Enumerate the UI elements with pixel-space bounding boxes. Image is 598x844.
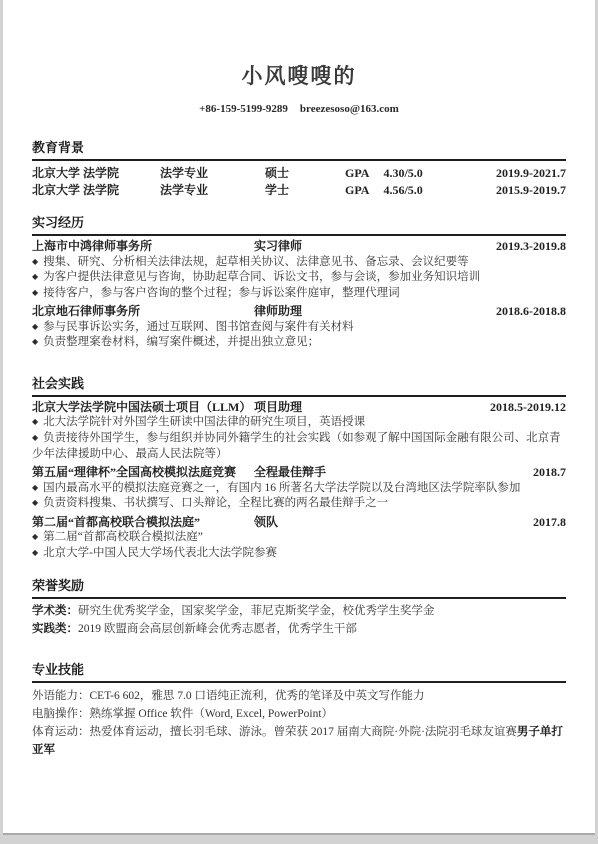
bullet-item: ◆负责接待外国学生，参与组织并协同外籍学生的社会实践（如参观了解中国国际金融有限…	[32, 431, 566, 462]
diamond-bullet-icon: ◆	[32, 322, 38, 331]
resume-page: 小风嗖嗖的 +86-159-5199-9289breezesoso@163.co…	[3, 0, 595, 835]
honors-text: 2019 欧盟商会高层创新峰会优秀志愿者，优秀学生干部	[78, 623, 357, 635]
degree-label: 学士	[265, 182, 345, 199]
bullet-text: 搜集、研究、分析相关法律法规，起草相关协议、法律意见书、备忘录、会议纪要等	[43, 256, 469, 268]
social-section-title: 社会实践	[32, 373, 566, 397]
bullet-text: 负责资料搜集、书状撰写、口头辩论，全程比赛的两名最佳辩手之一	[43, 497, 388, 509]
role-title: 律师助理	[254, 304, 454, 320]
major-name: 法学专业	[160, 165, 265, 182]
entry-date: 2019.3-2019.8	[454, 239, 566, 255]
social-entry: 北京大学法学院中国法硕士项目（LLM） 项目助理 2018.5-2019.12 …	[32, 400, 566, 462]
diamond-bullet-icon: ◆	[32, 288, 38, 297]
entry-date: 2018.5-2019.12	[454, 400, 566, 416]
diamond-bullet-icon: ◆	[32, 433, 38, 442]
skill-line: 电脑操作：熟练掌握 Office 软件（Word, Excel, PowerPo…	[32, 705, 566, 723]
entry-date: 2018.6-2018.8	[454, 304, 566, 320]
gpa-value: 4.56/5.0	[383, 183, 422, 197]
gpa-cell: GPA4.56/5.0	[345, 182, 496, 199]
degree-label: 硕士	[265, 165, 345, 182]
entry-header: 第五届“理律杯”全国高校模拟法庭竞赛 全程最佳辩手 2018.7	[32, 465, 566, 481]
bullet-text: 北大法学院针对外国学生研读中国法律的研究生项目，英语授课	[43, 416, 365, 428]
org-name: 上海市中鸿律师事务所	[32, 239, 254, 255]
role-title: 项目助理	[254, 400, 454, 416]
section-social-practice: 社会实践 北京大学法学院中国法硕士项目（LLM） 项目助理 2018.5-201…	[32, 373, 566, 562]
diamond-bullet-icon: ◆	[32, 272, 38, 281]
bullet-item: ◆负责整理案卷材料，编写案件概述，并提出独立意见；	[32, 335, 566, 351]
role-title: 全程最佳辩手	[254, 465, 454, 481]
skill-category-label: 体育运动：	[32, 726, 90, 738]
diamond-bullet-icon: ◆	[32, 257, 38, 266]
section-honors: 荣誉奖励 学术类：研究生优秀奖学金，国家奖学金，菲尼克斯奖学金，校优秀学生奖学金…	[32, 575, 566, 637]
bullet-text: 为客户提供法律意见与咨询，协助起草合同、诉讼文书，参与会谈，参加业务知识培训	[43, 271, 480, 283]
education-date: 2015.9-2019.7	[496, 182, 566, 199]
honors-section-title: 荣誉奖励	[32, 575, 566, 599]
bullet-item: ◆搜集、研究、分析相关法律法规，起草相关协议、法律意见书、备忘录、会议纪要等	[32, 255, 566, 271]
education-row: 北京大学 法学院 法学专业 学士 GPA4.56/5.0 2015.9-2019…	[32, 182, 566, 199]
bullet-text: 国内最高水平的模拟法庭竞赛之一，有国内 16 所著名大学法学院以及台湾地区法学院…	[43, 482, 520, 494]
bullet-text: 负责接待外国学生，参与组织并协同外籍学生的社会实践（如参观了解中国国际金融有限公…	[32, 432, 561, 460]
bullet-text: 接待客户，参与客户咨询的整个过程；参与诉讼案件庭审，整理代理词	[43, 287, 400, 299]
bullet-item: ◆参与民事诉讼实务，通过互联网、图书馆查阅与案件有关材料	[32, 320, 566, 336]
entry-header: 北京大学法学院中国法硕士项目（LLM） 项目助理 2018.5-2019.12	[32, 400, 566, 416]
education-date: 2019.9-2021.7	[496, 165, 566, 182]
entry-header: 上海市中鸿律师事务所 实习律师 2019.3-2019.8	[32, 239, 566, 255]
org-name: 北京地石律师事务所	[32, 304, 254, 320]
internship-section-title: 实习经历	[32, 212, 566, 236]
bullet-item: ◆国内最高水平的模拟法庭竞赛之一，有国内 16 所著名大学法学院以及台湾地区法学…	[32, 481, 566, 497]
honors-category-label: 学术类：	[32, 605, 78, 617]
bullet-item: ◆北京大学-中国人民大学场代表北大法学院参赛	[32, 546, 566, 562]
education-row: 北京大学 法学院 法学专业 硕士 GPA4.30/5.0 2019.9-2021…	[32, 165, 566, 182]
resume-name: 小风嗖嗖的	[32, 0, 566, 90]
bullet-text: 第二届“首都高校联合模拟法庭”	[43, 531, 203, 543]
bullet-text: 参与民事诉讼实务，通过互联网、图书馆查阅与案件有关材料	[43, 321, 354, 333]
role-title: 实习律师	[254, 239, 454, 255]
honors-text: 研究生优秀奖学金，国家奖学金，菲尼克斯奖学金，校优秀学生奖学金	[78, 605, 435, 617]
entry-header: 第二届“首都高校联合模拟法庭” 领队 2017.8	[32, 515, 566, 531]
bullet-item: ◆接待客户，参与客户咨询的整个过程；参与诉讼案件庭审，整理代理词	[32, 286, 566, 302]
bullet-item: ◆北大法学院针对外国学生研读中国法律的研究生项目，英语授课	[32, 415, 566, 431]
role-title: 领队	[254, 515, 454, 531]
honors-line: 学术类：研究生优秀奖学金，国家奖学金，菲尼克斯奖学金，校优秀学生奖学金	[32, 603, 566, 619]
diamond-bullet-icon: ◆	[32, 548, 38, 557]
skill-line: 体育运动：热爱体育运动，擅长羽毛球、游泳。曾荣获 2017 届南大商院·外院·法…	[32, 723, 566, 759]
resume-content: 小风嗖嗖的 +86-159-5199-9289breezesoso@163.co…	[3, 0, 595, 759]
skill-line: 外语能力：CET-6 602，雅思 7.0 口语纯正流利，优秀的笔译及中英文写作…	[32, 687, 566, 705]
social-entry: 第五届“理律杯”全国高校模拟法庭竞赛 全程最佳辩手 2018.7 ◆国内最高水平…	[32, 465, 566, 512]
gpa-label: GPA	[345, 166, 369, 180]
bullet-text: 负责整理案卷材料，编写案件概述，并提出独立意见；	[43, 336, 319, 348]
internship-entry: 上海市中鸿律师事务所 实习律师 2019.3-2019.8 ◆搜集、研究、分析相…	[32, 239, 566, 301]
skill-category-label: 电脑操作：	[32, 708, 90, 720]
school-name: 北京大学 法学院	[32, 165, 160, 182]
bullet-text: 北京大学-中国人民大学场代表北大法学院参赛	[43, 547, 277, 559]
diamond-bullet-icon: ◆	[32, 483, 38, 492]
gpa-cell: GPA4.30/5.0	[345, 165, 496, 182]
diamond-bullet-icon: ◆	[32, 337, 38, 346]
honors-lines: 学术类：研究生优秀奖学金，国家奖学金，菲尼克斯奖学金，校优秀学生奖学金 实践类：…	[32, 603, 566, 637]
bullet-item: ◆负责资料搜集、书状撰写、口头辩论，全程比赛的两名最佳辩手之一	[32, 496, 566, 512]
diamond-bullet-icon: ◆	[32, 417, 38, 426]
contact-line: +86-159-5199-9289breezesoso@163.com	[32, 103, 566, 115]
social-entry: 第二届“首都高校联合模拟法庭” 领队 2017.8 ◆第二届“首都高校联合模拟法…	[32, 515, 566, 562]
skill-text: 热爱体育运动，擅长羽毛球、游泳。曾荣获 2017 届南大商院·外院·法院羽毛球友…	[90, 726, 517, 738]
gpa-value: 4.30/5.0	[383, 166, 422, 180]
education-rows: 北京大学 法学院 法学专业 硕士 GPA4.30/5.0 2019.9-2021…	[32, 165, 566, 199]
section-skills: 专业技能 外语能力：CET-6 602，雅思 7.0 口语纯正流利，优秀的笔译及…	[32, 659, 566, 759]
skill-text: CET-6 602，雅思 7.0 口语纯正流利，优秀的笔译及中英文写作能力	[90, 690, 425, 702]
org-name: 第五届“理律杯”全国高校模拟法庭竞赛	[32, 465, 254, 481]
gpa-label: GPA	[345, 183, 369, 197]
entry-date: 2017.8	[454, 515, 566, 531]
section-internship: 实习经历 上海市中鸿律师事务所 实习律师 2019.3-2019.8 ◆搜集、研…	[32, 212, 566, 351]
skills-lines: 外语能力：CET-6 602，雅思 7.0 口语纯正流利，优秀的笔译及中英文写作…	[32, 687, 566, 759]
skill-category-label: 外语能力：	[32, 690, 90, 702]
org-name: 北京大学法学院中国法硕士项目（LLM）	[32, 400, 254, 416]
bullet-item: ◆为客户提供法律意见与咨询，协助起草合同、诉讼文书，参与会谈，参加业务知识培训	[32, 270, 566, 286]
honors-line: 实践类：2019 欧盟商会高层创新峰会优秀志愿者，优秀学生干部	[32, 621, 566, 637]
diamond-bullet-icon: ◆	[32, 498, 38, 507]
internship-entry: 北京地石律师事务所 律师助理 2018.6-2018.8 ◆参与民事诉讼实务，通…	[32, 304, 566, 351]
skills-section-title: 专业技能	[32, 659, 566, 683]
org-name: 第二届“首都高校联合模拟法庭”	[32, 515, 254, 531]
entry-header: 北京地石律师事务所 律师助理 2018.6-2018.8	[32, 304, 566, 320]
phone-number: +86-159-5199-9289	[199, 103, 288, 115]
section-education: 教育背景 北京大学 法学院 法学专业 硕士 GPA4.30/5.0 2019.9…	[32, 137, 566, 199]
skill-text: 熟练掌握 Office 软件（Word, Excel, PowerPoint）	[90, 708, 334, 720]
education-section-title: 教育背景	[32, 137, 566, 161]
email-address: breezesoso@163.com	[300, 103, 399, 115]
school-name: 北京大学 法学院	[32, 182, 160, 199]
bullet-item: ◆第二届“首都高校联合模拟法庭”	[32, 530, 566, 546]
major-name: 法学专业	[160, 182, 265, 199]
entry-date: 2018.7	[454, 465, 566, 481]
diamond-bullet-icon: ◆	[32, 532, 38, 541]
honors-category-label: 实践类：	[32, 623, 78, 635]
